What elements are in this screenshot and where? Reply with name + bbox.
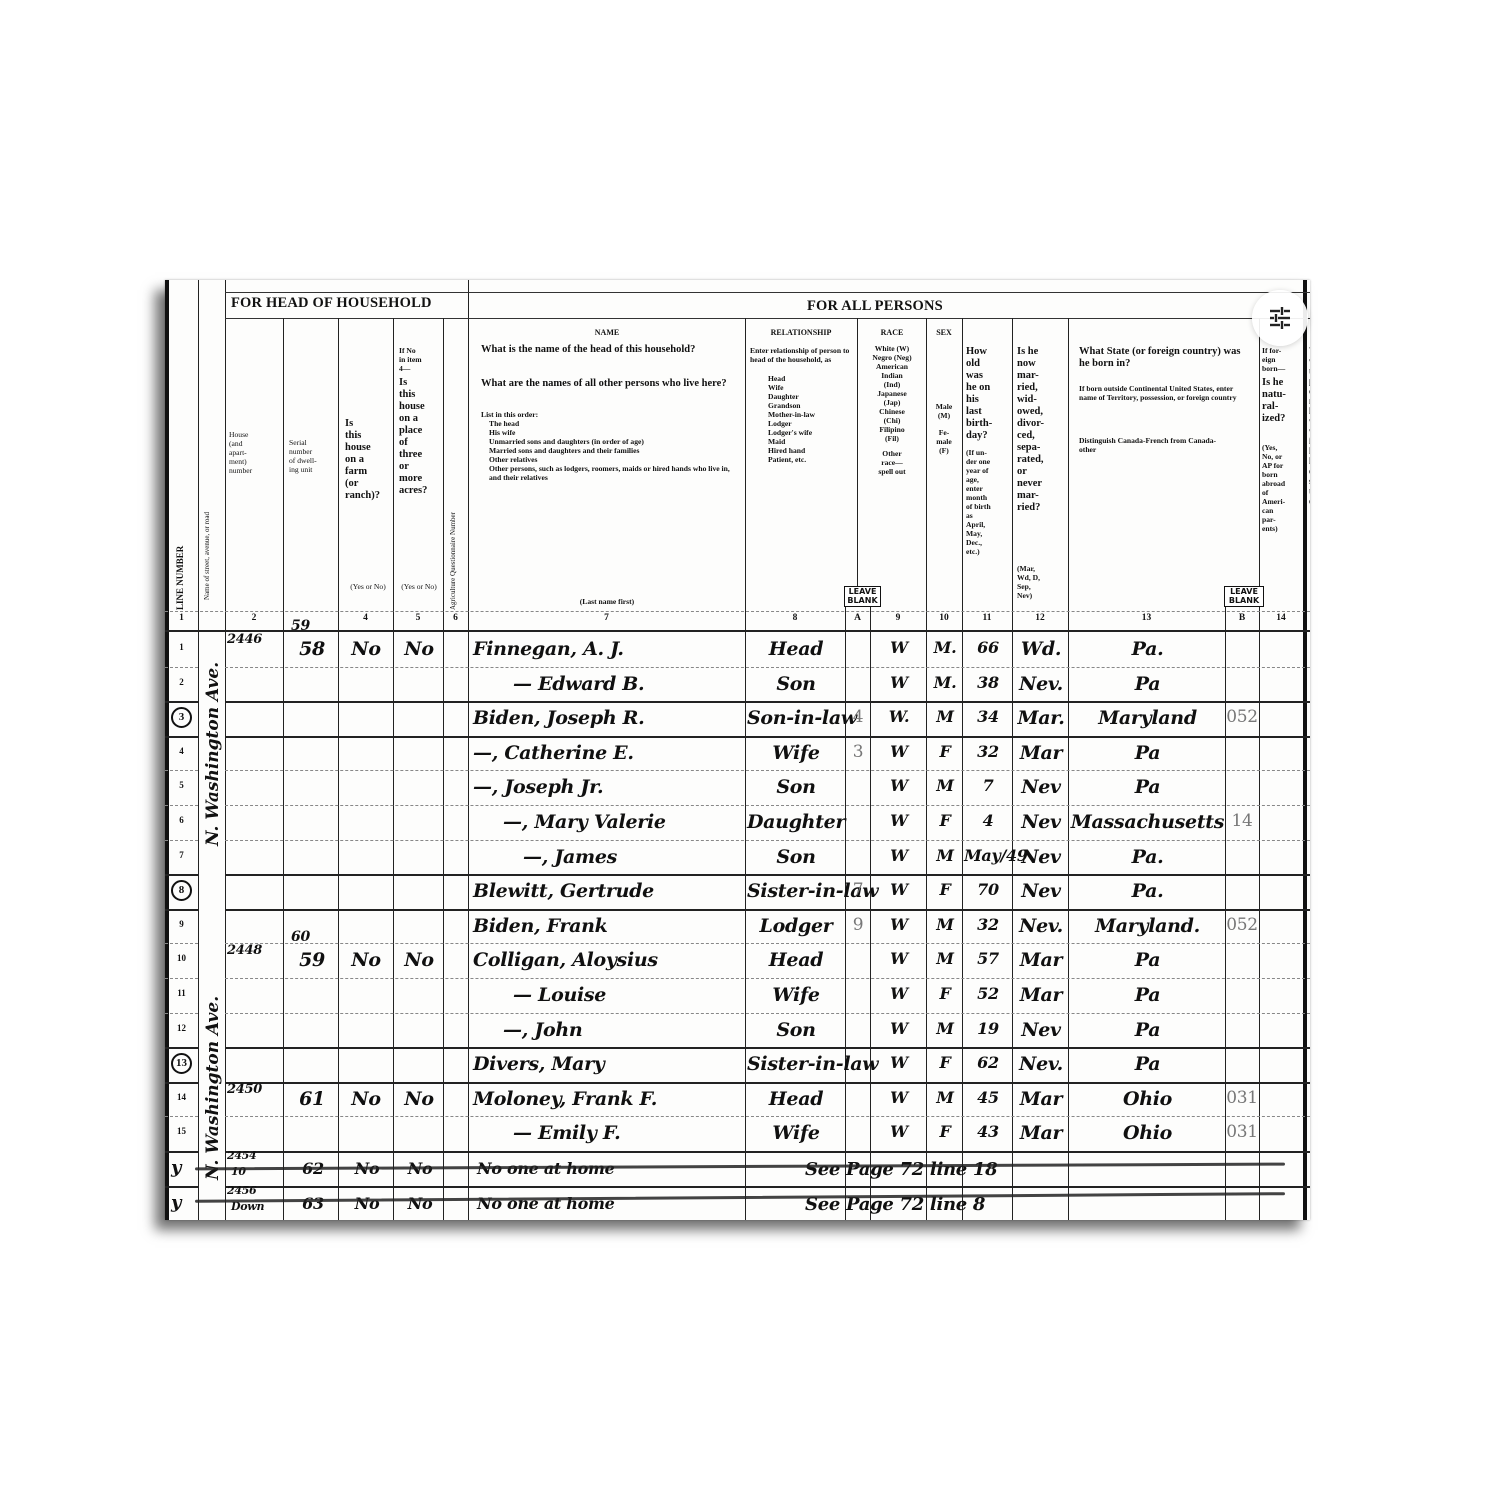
cell-serial-correction: 59: [291, 618, 331, 634]
cell-marital: Mar: [1014, 1122, 1068, 1144]
cell-house: 2450: [227, 1082, 283, 1097]
col2-header: House(and apart-ment) number: [229, 430, 281, 475]
cell-house: 2454: [227, 1149, 283, 1162]
col-number: A: [845, 613, 870, 623]
cell-age: 7: [964, 776, 1012, 795]
birthplace-note-2: Distinguish Canada-French from Canada-ot…: [1079, 436, 1229, 454]
relationship-list: HeadWife DaughterGrandson Mother-in-lawL…: [768, 374, 854, 464]
cell-age: 70: [964, 880, 1012, 899]
cell-a: 3: [847, 742, 869, 762]
cell-marital: Mar: [1014, 984, 1068, 1006]
cell-race: W: [872, 776, 926, 795]
cell-name: Moloney, Frank F.: [473, 1088, 745, 1110]
cell-age: 34: [964, 707, 1012, 726]
birthplace-note-1: If born outside Continental United State…: [1079, 384, 1249, 402]
table-row: 5—, Joseph Jr.SonWM7NevPa: [165, 770, 1310, 805]
cell-birth: Pa.: [1070, 846, 1225, 868]
cell-birth: Pa.: [1070, 638, 1225, 660]
cell-birth: Pa.: [1070, 880, 1225, 902]
col4-header: Isthis houseon a farm(or ranch)?: [345, 418, 391, 502]
cell-acres: No: [395, 949, 443, 971]
line-number: 2: [165, 677, 198, 687]
col-number: 5: [393, 613, 443, 623]
sex-list: Male(M) Fe-male (F): [927, 402, 961, 455]
naturalized-header: If for-eign born— Is henatu- ral-ized? (…: [1262, 346, 1298, 533]
cell-name: — Emily F.: [513, 1122, 745, 1144]
cell-birth: Pa: [1070, 1053, 1225, 1075]
cell-birth: Maryland.: [1070, 915, 1225, 937]
relationship-intro: Enter relationship of person to head of …: [750, 346, 854, 364]
line-number: 8: [165, 880, 198, 901]
col-number: 6: [443, 613, 468, 623]
cell-marital: Mar.: [1014, 707, 1068, 729]
cell-sex: M: [928, 915, 962, 934]
cell-marital: Nev: [1014, 880, 1068, 902]
cell-b: 031: [1225, 1088, 1259, 1108]
cell-acres: No: [397, 1194, 443, 1213]
cell-age: 32: [964, 742, 1012, 761]
line-number: 4: [165, 746, 198, 756]
cell-rel: Wife: [747, 742, 845, 764]
col-number: 8: [745, 613, 845, 623]
cell-serial-correction: 60: [291, 929, 331, 945]
line-number: 7: [165, 850, 198, 860]
col-number: 2: [225, 613, 283, 623]
cell-acres: No: [395, 638, 443, 660]
cell-birth: Pa: [1070, 984, 1225, 1006]
cell-race: W: [872, 742, 926, 761]
line-number-label: LINE NUMBER: [175, 546, 185, 610]
cell-age: 57: [964, 949, 1012, 968]
divider: [165, 611, 1310, 612]
col5-note: (Yes or No): [395, 582, 443, 591]
cell-sex: M: [928, 707, 962, 726]
col-number: 4: [338, 613, 393, 623]
cell-b: 052: [1225, 707, 1259, 727]
cell-birth: Massachusetts: [1070, 811, 1225, 833]
name-list: List in this order: The head His wife Un…: [481, 410, 743, 482]
sliders-icon: [1267, 305, 1293, 331]
col-number: 9: [870, 613, 926, 623]
table-row: 6—, Mary ValerieDaughterWF4NevMassachuse…: [165, 805, 1310, 840]
cell-serial: 59: [287, 949, 337, 971]
line-number: 3: [165, 707, 198, 728]
cell-rel: Lodger: [747, 915, 845, 937]
cell-marital: Mar: [1014, 949, 1068, 971]
street-label: Name of street, avenue, or road: [203, 512, 211, 600]
cell-name: —, James: [523, 846, 745, 868]
cell-race: W: [872, 673, 926, 692]
cell-race: W: [872, 1088, 926, 1107]
col6-header: Agriculture Questionnaire Number: [449, 512, 457, 610]
table-row: 8Blewitt, GertrudeSister-in-law7WF70NevP…: [165, 874, 1310, 909]
line-number: 9: [165, 919, 198, 929]
cell-race: W: [872, 1053, 926, 1072]
cell-name: — Edward B.: [513, 673, 745, 695]
name-question-1: What is the name of the head of this hou…: [481, 344, 739, 356]
cell-race: W: [872, 811, 926, 830]
cell-race: W: [872, 846, 926, 865]
cell-farm: No: [341, 1088, 391, 1110]
divider: [225, 318, 1310, 319]
cell-rel: Sister-in-law: [747, 1053, 845, 1075]
table-row: 14245061NoNoMoloney, Frank F.HeadWM45Mar…: [165, 1082, 1310, 1117]
line-number: 14: [165, 1092, 198, 1102]
cell-marital: Mar: [1014, 1088, 1068, 1110]
cell-sex: M.: [928, 673, 962, 692]
cell-age: 62: [964, 1053, 1012, 1072]
cell-age: 19: [964, 1019, 1012, 1038]
cell-birth: Pa: [1070, 949, 1225, 971]
cell-sex: F: [928, 742, 962, 761]
leave-blank-b: LEAVE BLANK: [1224, 586, 1264, 607]
cell-sex: F: [928, 811, 962, 830]
cell-race: W: [872, 638, 926, 657]
cell-race: W: [872, 949, 926, 968]
line-number: 12: [165, 1023, 198, 1033]
col-number: 11: [962, 613, 1012, 623]
col3-header: Serialnumber of dwell-ing unit: [289, 438, 337, 474]
cell-age: May/49: [964, 846, 1012, 865]
divider: [225, 292, 1310, 293]
cell-birth: Pa: [1070, 673, 1225, 695]
cell-sex: F: [928, 1053, 962, 1072]
cell-rel: Head: [747, 949, 845, 971]
cell-age: 45: [964, 1088, 1012, 1107]
cell-birth: Maryland: [1070, 707, 1225, 729]
cell-serial: 63: [291, 1194, 335, 1213]
table-row: 3Biden, Joseph R.Son-in-law4W.M34Mar.Mar…: [165, 701, 1310, 736]
cell-rel: Wife: [747, 1122, 845, 1144]
cell-race: W.: [872, 707, 926, 726]
cell-farm: No: [343, 1194, 391, 1213]
line-number: 1: [165, 642, 198, 652]
cell-birth: Pa: [1070, 776, 1225, 798]
cell-name: —, Joseph Jr.: [473, 776, 745, 798]
cell-a: 4: [847, 707, 869, 727]
cell-race: W: [872, 984, 926, 1003]
cell-rel: Wife: [747, 984, 845, 1006]
cell-rel: Son: [747, 776, 845, 798]
cell-birth: Pa: [1070, 742, 1225, 764]
cell-name: — Louise: [513, 984, 745, 1006]
name-question-2: What are the names of all other persons …: [481, 378, 739, 390]
cell-name: Divers, Mary: [473, 1053, 745, 1075]
cell-sex: M: [928, 776, 962, 795]
table-row: 4—, Catherine E.Wife3WF32MarPa: [165, 736, 1310, 771]
table-row: 11— LouiseWifeWF52MarPa: [165, 978, 1310, 1013]
line-number: 5: [165, 780, 198, 790]
cell-birth: Ohio: [1070, 1088, 1225, 1110]
cell-name: Biden, Frank: [473, 915, 745, 937]
cell-sex: M.: [928, 638, 962, 657]
divider: [857, 318, 858, 586]
cell-house: 2448: [227, 943, 283, 958]
cell-farm: No: [341, 949, 391, 971]
sex-heading: SEX: [927, 328, 961, 337]
cell-serial: 58: [287, 638, 337, 660]
col-number: B: [1225, 613, 1259, 623]
name-heading: NAME: [471, 328, 743, 337]
cell-name: Colligan, Aloysius: [473, 949, 745, 971]
name-note: (Last name first): [471, 597, 743, 606]
head-of-household-title: FOR HEAD OF HOUSEHOLD: [231, 295, 432, 312]
cell-rel: Son: [747, 1019, 845, 1041]
cell-name: —, Mary Valerie: [503, 811, 745, 833]
cell-marital: Nev.: [1014, 673, 1068, 695]
cell-serial: 61: [287, 1088, 337, 1110]
table-row: 7—, JamesSonWMMay/49NevPa.: [165, 840, 1310, 875]
line-number: 15: [165, 1126, 198, 1136]
line-number: 10: [165, 953, 198, 963]
cell-rel: Head: [747, 638, 845, 660]
cell-sex: F: [928, 880, 962, 899]
struck-table-row: y24541062NoNoNo one at homeSee Page 72 l…: [165, 1151, 1310, 1186]
cell-marital: Nev.: [1014, 1053, 1068, 1075]
adjust-filters-button[interactable]: [1252, 290, 1308, 346]
table-row: 2— Edward B.SonWM.38Nev.Pa: [165, 667, 1310, 702]
cell-rel: Head: [747, 1088, 845, 1110]
cell-race: W: [872, 1019, 926, 1038]
cell-age: 32: [964, 915, 1012, 934]
cell-marital: Mar: [1014, 742, 1068, 764]
cell-marital: Nev.: [1014, 915, 1068, 937]
cell-birth: Ohio: [1070, 1122, 1225, 1144]
cell-race: W: [872, 1122, 926, 1141]
cell-name: Blewitt, Gertrude: [473, 880, 745, 902]
col15-partial-header: Ww thpe dom law win keho orsu thol: [1309, 346, 1310, 506]
cell-name: Finnegan, A. J.: [473, 638, 745, 660]
cell-rel: Son: [747, 673, 845, 695]
line-number: 11: [165, 988, 198, 998]
col-number: 13: [1068, 613, 1225, 623]
cell-race: W: [872, 915, 926, 934]
cell-line: y: [171, 1157, 193, 1178]
col4-note: (Yes or No): [345, 582, 391, 591]
cell-b: 031: [1225, 1122, 1259, 1142]
table-row: 15— Emily F.WifeWF43MarOhio031: [165, 1116, 1310, 1151]
cell-marital: Nev: [1014, 846, 1068, 868]
cell-age: 38: [964, 673, 1012, 692]
cell-b: 14: [1225, 811, 1259, 831]
cell-age: 43: [964, 1122, 1012, 1141]
cell-marital: Nev: [1014, 1019, 1068, 1041]
leave-blank-a: LEAVE BLANK: [844, 586, 881, 607]
cell-house: 2446: [227, 632, 283, 647]
col-number: 1: [165, 613, 198, 623]
col-number: 12: [1012, 613, 1068, 623]
cell-b: 052: [1225, 915, 1259, 935]
cell-age: 66: [964, 638, 1012, 657]
table-row: 1244658NoNoFinnegan, A. J.HeadWM.66Wd.Pa…: [165, 632, 1310, 667]
cell-name: —, Catherine E.: [473, 742, 745, 764]
line-number: 6: [165, 815, 198, 825]
cell-rel: Sister-in-law: [747, 880, 845, 902]
all-persons-title: FOR ALL PERSONS: [807, 298, 943, 315]
cell-race: W: [872, 880, 926, 899]
cell-birth: Pa: [1070, 1019, 1225, 1041]
cell-house: 2456: [227, 1184, 283, 1197]
col-number: 14: [1259, 613, 1303, 623]
struck-table-row: y2456Down63NoNoNo one at homeSee Page 72…: [165, 1186, 1310, 1220]
cell-a: 9: [847, 915, 869, 935]
cell-marital: Nev: [1014, 811, 1068, 833]
cell-acres: No: [395, 1088, 443, 1110]
cell-a: 7: [847, 880, 869, 900]
line-number: 13: [165, 1053, 198, 1074]
age-header: Howold washe on hislast birth-day? (If u…: [966, 346, 1012, 556]
col-number: 10: [926, 613, 962, 623]
cell-sex: F: [928, 984, 962, 1003]
cell-line: y: [171, 1192, 193, 1213]
cell-rel: Daughter: [747, 811, 845, 833]
cell-marital: Nev: [1014, 776, 1068, 798]
cell-age: 4: [964, 811, 1012, 830]
table-row: 13Divers, MarySister-in-lawWF62Nev.Pa: [165, 1047, 1310, 1082]
marital-header: Is henow mar-ried, wid-owed, divor-ced, …: [1017, 346, 1067, 514]
cell-rel: Son: [747, 846, 845, 868]
cell-sex: M: [928, 949, 962, 968]
cell-farm: No: [341, 638, 391, 660]
cell-sex: M: [928, 1088, 962, 1107]
race-heading: RACE: [859, 328, 925, 337]
race-list: White (W)Negro (Neg) AmericanIndian (Ind…: [859, 344, 925, 476]
cell-marital: Wd.: [1014, 638, 1068, 660]
col-number: 7: [468, 613, 745, 623]
cell-sex: M: [928, 846, 962, 865]
col5-header: If Noin item 4— Isthis houseon a placeof…: [399, 346, 443, 497]
relationship-heading: RELATIONSHIP: [747, 328, 855, 337]
cell-sex: F: [928, 1122, 962, 1141]
cell-sex: M: [928, 1019, 962, 1038]
birthplace-question: What State (or foreign country) was he b…: [1079, 346, 1249, 370]
table-row: 9Biden, FrankLodger9WM32Nev.Maryland.052: [165, 909, 1310, 944]
cell-note: See Page 72 line 18: [805, 1159, 1165, 1180]
cell-rel: Son-in-law: [747, 707, 845, 729]
cell-name: —, John: [503, 1019, 745, 1041]
cell-name: Biden, Joseph R.: [473, 707, 745, 729]
table-row: 12—, JohnSonWM19NevPa: [165, 1013, 1310, 1048]
census-sheet: FOR HEAD OF HOUSEHOLD FOR ALL PERSONS LI…: [165, 280, 1310, 1220]
cell-age: 52: [964, 984, 1012, 1003]
marital-note: (Mar,Wd, D, Sep,Nev): [1017, 564, 1067, 600]
table-row: 10244859NoNoColligan, AloysiusHeadWM57Ma…: [165, 943, 1310, 978]
